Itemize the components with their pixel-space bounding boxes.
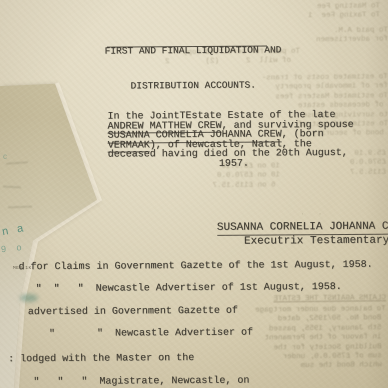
notice-line: d for Claims in Government Gazette of th… (18, 260, 372, 273)
notice-line: advertised in Government Gazette of (28, 306, 238, 318)
notice-line: " " Newcastle Advertiser of (49, 328, 253, 340)
estate-clause-year: 1957. (183, 148, 249, 181)
executrix-role: Executrix Testamentary. (244, 235, 388, 248)
executrix-role-line: Executrix Testamentary. (204, 223, 388, 260)
notice-line: : lodged with the Master on the (8, 353, 194, 365)
death-year: 1957. (219, 159, 249, 170)
title-line-2: DISTRIBUTION ACCOUNTS. (0, 78, 387, 92)
typed-content: FIRST AND FINAL LIQUIDATION AND DISTRIBU… (0, 0, 388, 388)
notice-line: " " " Magistrate, Newcastle, on (33, 376, 249, 388)
notice-line: " " " Newcastle Advertiser of 1st August… (36, 282, 342, 295)
document-photo: n a 9 o c MER 1K To Masting Fee To Taxin… (0, 0, 388, 388)
